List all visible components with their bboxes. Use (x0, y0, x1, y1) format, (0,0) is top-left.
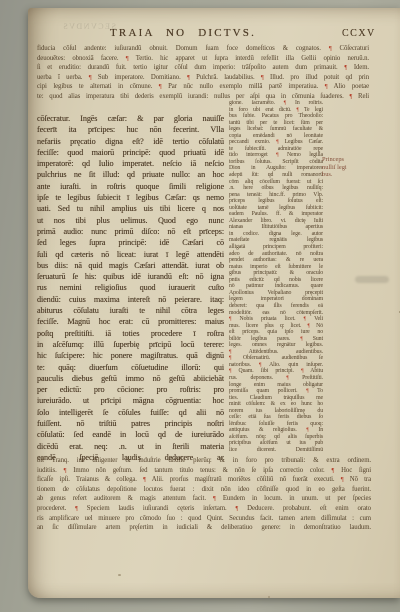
rubric-paragraph-mark: ¶ (229, 368, 231, 374)
main-text-column: cōſecratur. Ingēs cæſar: & par gloria na… (37, 113, 224, 465)
rubric-paragraph-mark: ¶ (261, 74, 264, 81)
rubric-paragraph-mark: ¶ (300, 336, 302, 342)
rubric-paragraph-mark: ¶ (64, 467, 67, 474)
rubric-paragraph-mark: ¶ (308, 323, 310, 329)
bottom-commentary-block: bit Tranq. ius diligenter & induſtrie di… (37, 456, 371, 534)
rubric-paragraph-mark: ¶ (301, 368, 303, 374)
rubric-paragraph-mark: ¶ (236, 505, 239, 512)
top-commentary-block: fiducia cōſul andente: iuſiurandū obnuit… (37, 44, 369, 104)
rubric-paragraph-mark: ¶ (306, 427, 308, 433)
rubric-paragraph-mark: ¶ (143, 476, 146, 483)
rubric-paragraph-mark: ¶ (332, 467, 335, 474)
rubric-paragraph-mark: ¶ (187, 74, 190, 81)
side-commentary-column: gione. ſacramēto. ¶ In roſtris. in foro … (229, 100, 323, 456)
running-title: TRAIA NO DICTVS. (110, 27, 270, 39)
rubric-paragraph-mark: ¶ (329, 45, 332, 52)
showthrough-text: SECVNDVS (46, 22, 116, 31)
showthrough-smudge (355, 276, 389, 283)
rubric-paragraph-mark: ¶ (341, 476, 344, 483)
rubric-paragraph-mark: ¶ (297, 107, 299, 113)
rubric-paragraph-mark: ¶ (284, 100, 286, 106)
rubric-paragraph-mark: ¶ (344, 64, 347, 71)
rubric-paragraph-mark: ¶ (229, 316, 231, 322)
rubric-paragraph-mark: ¶ (213, 495, 216, 502)
rubric-paragraph-mark: ¶ (276, 139, 278, 145)
rubric-paragraph-mark: ¶ (276, 152, 278, 158)
rubric-paragraph-mark: ¶ (89, 74, 92, 81)
page-leaf: SECVNDVS TRAIA NO DICTVS. CCXV fiducia c… (28, 8, 400, 598)
rubric-paragraph-mark: ¶ (350, 93, 353, 100)
rubric-paragraph-mark: ¶ (325, 83, 328, 90)
foxing-speck (268, 596, 270, 598)
rubric-paragraph-mark: ¶ (75, 505, 78, 512)
rubric-paragraph-mark: ¶ (306, 388, 308, 394)
foxing-speck (118, 574, 121, 576)
scan-background: { "document": { "running_title": "TRAIA … (0, 0, 400, 612)
page-number: CCXV (342, 28, 376, 39)
rubric-paragraph-mark: ¶ (229, 355, 231, 361)
rubric-paragraph-mark: ¶ (286, 375, 288, 381)
rubric-paragraph-mark: ¶ (126, 55, 129, 62)
rubric-paragraph-mark: ¶ (159, 83, 162, 90)
rubric-paragraph-mark: ¶ (259, 362, 261, 368)
marginal-note: Princeps nulliſ legi bus. (322, 156, 372, 179)
rubric-paragraph-mark: ¶ (304, 316, 306, 322)
rubric-paragraph-mark: ¶ (229, 349, 231, 355)
